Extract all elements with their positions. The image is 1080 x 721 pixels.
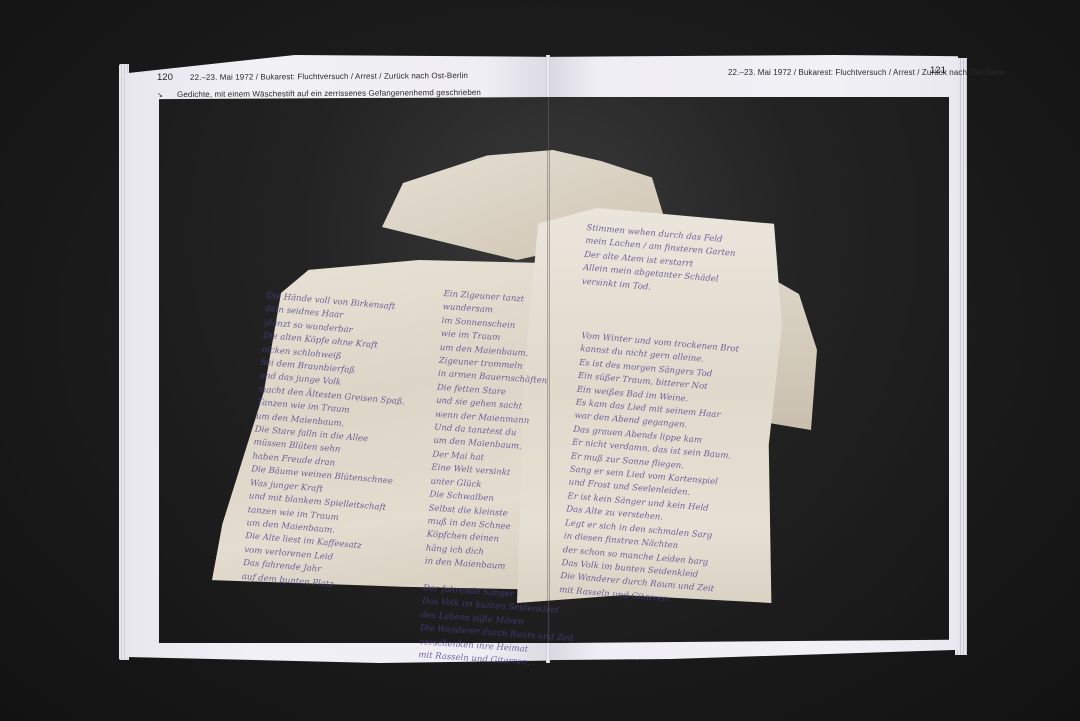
photo-fold-line <box>547 97 550 643</box>
right-page-number: 121 <box>930 65 946 76</box>
right-running-head: 22.–23. Mai 1972 / Bukarest: Fluchtversu… <box>728 68 1006 77</box>
caption-arrow-icon: ↘ <box>157 91 163 99</box>
prisoner-shirt: Die Hände voll von Birkensaft dein seidn… <box>212 150 812 610</box>
handwritten-poem: Stimmen wehen durch das Feld mein Lachen… <box>581 222 737 302</box>
handwritten-poem: Vom Winter und vom trockenen Brot kannst… <box>559 330 741 611</box>
open-book-spread: 120 22.–23. Mai 1972 / Bukarest: Fluchtv… <box>0 0 1080 721</box>
left-page-number: 120 <box>157 72 173 83</box>
handwritten-poem: Die Hände voll von Birkensaft dein seidn… <box>241 290 413 597</box>
